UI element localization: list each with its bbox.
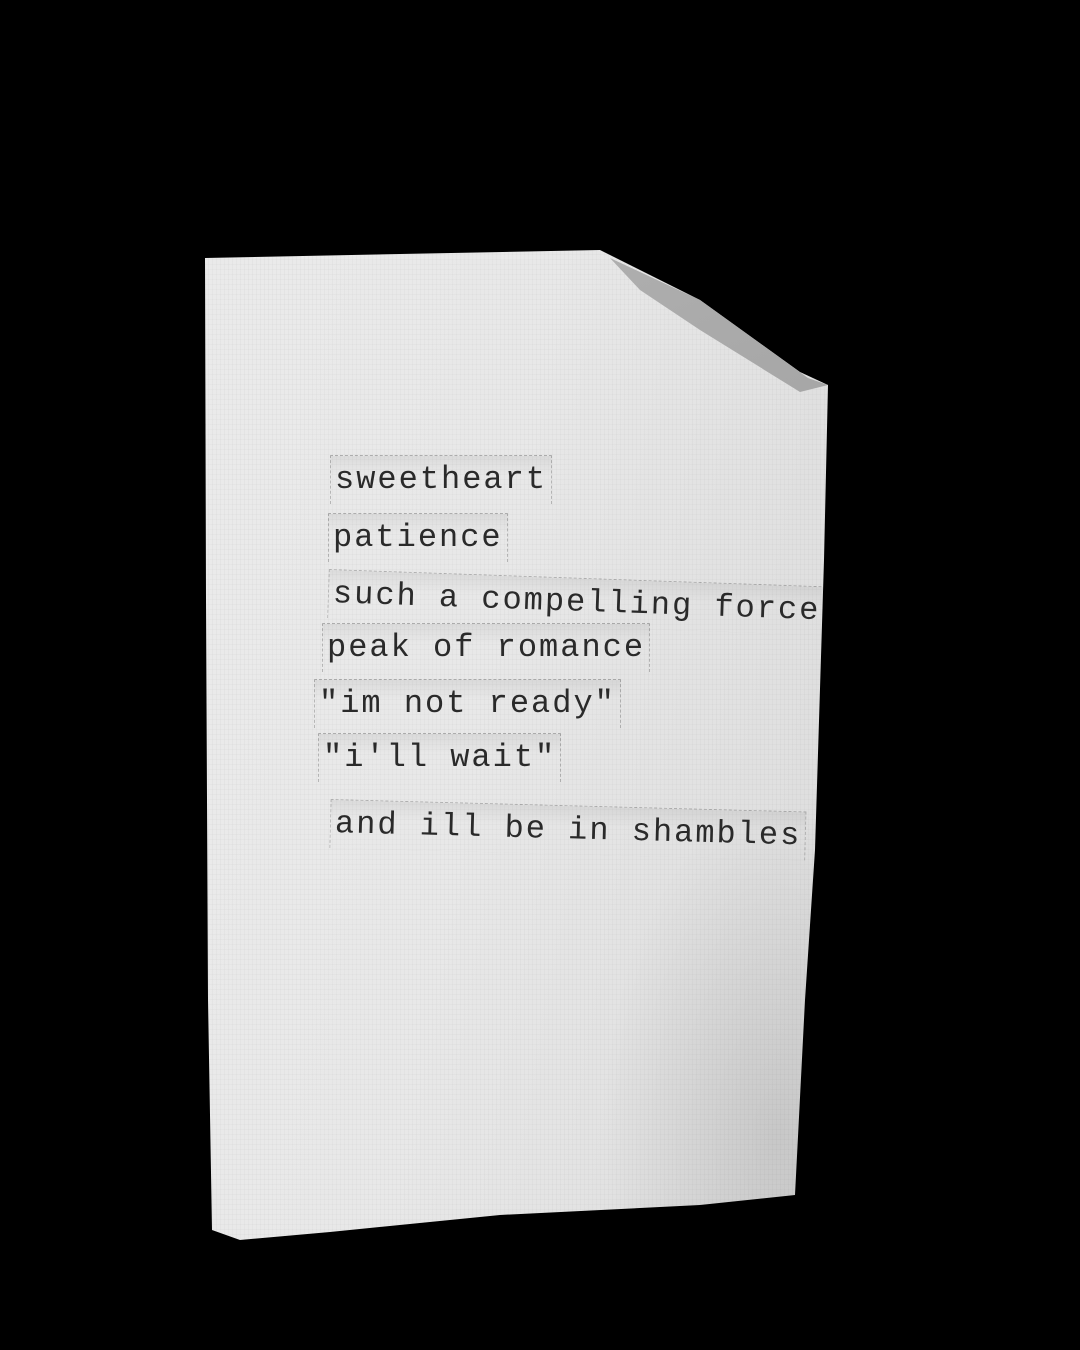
poem-line-4: peak of romance: [322, 623, 802, 671]
poem-line-text: sweetheart: [330, 455, 552, 504]
poem-text: sweetheart patience such a compelling fo…: [318, 455, 798, 791]
poem-line-text: patience: [328, 513, 508, 562]
poem-line-6: "i'll wait": [318, 733, 798, 781]
poem-line-text: "i'll wait": [318, 733, 561, 782]
poem-line-2: patience: [328, 513, 808, 561]
poem-line-1: sweetheart: [330, 455, 810, 503]
poem-line-text: peak of romance: [322, 623, 650, 672]
poem-line-5: "im not ready": [314, 679, 794, 727]
poem-line-text: "im not ready": [314, 679, 621, 728]
